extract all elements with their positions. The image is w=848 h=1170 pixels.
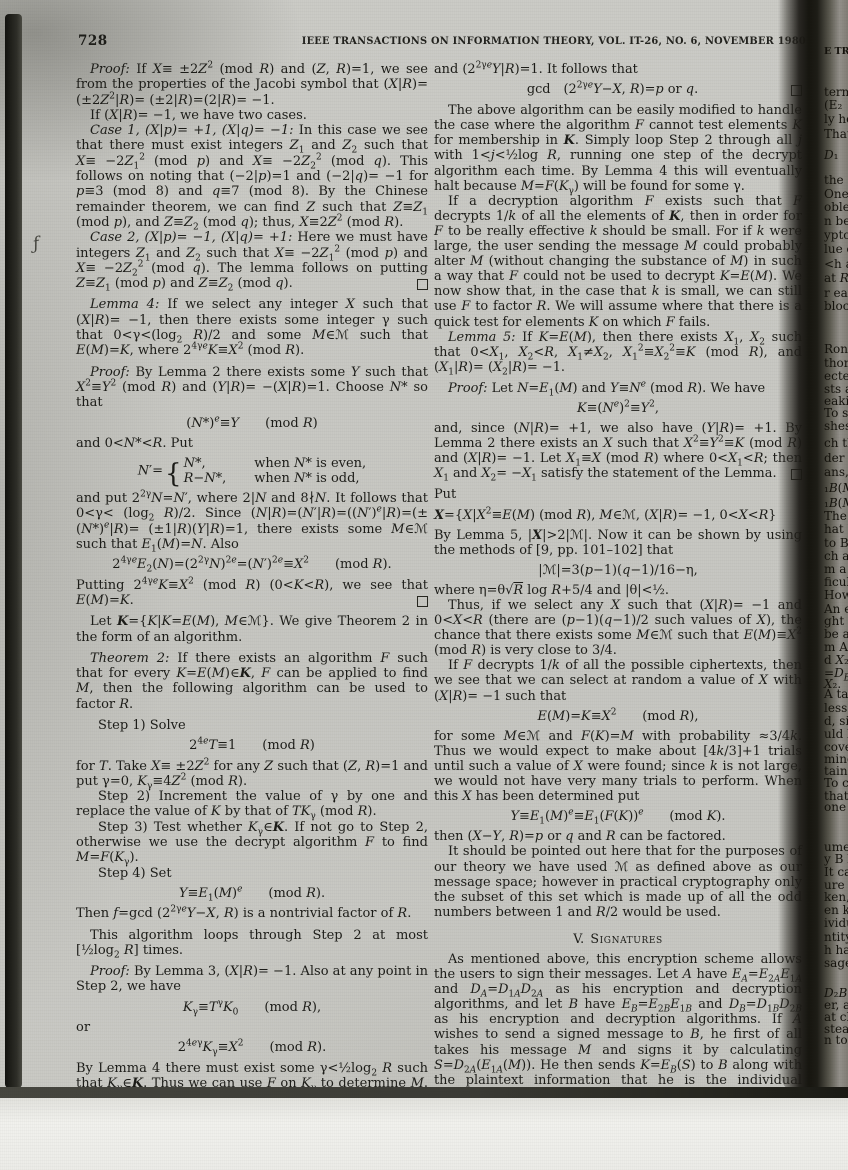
adjacent-page-text-fragment: One d [824, 188, 848, 200]
text-block: Y≡E1(M)e≡E1(F(K))e (mod K). [434, 809, 802, 824]
adjacent-page-text-fragment: yptosy [824, 229, 848, 241]
adjacent-page-text-fragment: ected [824, 370, 848, 382]
adjacent-page-text-fragment: To con [824, 777, 848, 789]
right-column: and (22γeY|R)=1. It follows thatgcd (22γ… [434, 62, 802, 1118]
text-block: and put 22γN=N′, where 2|N and 8∤N. It f… [76, 491, 428, 552]
text-block: It should be pointed out here that for t… [434, 844, 802, 919]
adjacent-page-text-fragment: n to bo [824, 1034, 848, 1046]
adjacent-page-text-fragment: The m [824, 510, 848, 522]
adjacent-page-text-fragment: d, sin [824, 715, 848, 727]
adjacent-page-text-fragment: That t [824, 128, 848, 140]
adjacent-page-text-fragment: ch that [824, 437, 848, 449]
adjacent-page-text-fragment: less he [824, 702, 848, 714]
adjacent-page-text-fragment: <h a [824, 258, 848, 270]
text-block: Step 3) Test whether Kγ∈K. If not go to … [76, 820, 428, 866]
adjacent-page-text-fragment: h have [824, 944, 848, 956]
text-block: gcd (22γeY−X, R)=p or q. [434, 82, 802, 97]
adjacent-page-text-fragment: oblem [824, 201, 848, 213]
adjacent-page-text-fragment: It can [824, 866, 848, 878]
page-number: 728 [78, 33, 108, 49]
text-block: If F decrypts 1/k of all the possible ci… [434, 658, 802, 703]
adjacent-page-text-fragment: block a [824, 300, 848, 312]
page-bottom-edge [0, 1087, 848, 1098]
adjacent-page-text-fragment: the c [824, 174, 848, 186]
adjacent-page-text-fragment: ficult f [824, 576, 848, 588]
adjacent-page-text-fragment: uld be [824, 728, 848, 740]
adjacent-page-text-fragment: ans, A [824, 466, 848, 478]
adjacent-page-text-fragment: termin [824, 86, 848, 98]
text-block: or [76, 1020, 428, 1035]
adjacent-page-text-fragment: ntity; h [824, 931, 848, 943]
text-block: Proof: If X≡ ±2Z2 (mod R) and (Z, R)=1, … [76, 62, 428, 108]
adjacent-page-text-fragment: der to [824, 452, 848, 464]
text-block: for T. Take X≡ ±2Z2 for any Z such that … [76, 759, 428, 790]
adjacent-page-text-fragment: to B, [824, 537, 848, 549]
adjacent-page-text-fragment: (E₂ [824, 99, 842, 111]
text-block: N′={N*,R−N*,when N* is even,when N* is o… [76, 456, 428, 486]
adjacent-page-text-fragment: Ron R [824, 343, 848, 355]
text-block: 24eT≡1 (mod R) [76, 738, 428, 753]
text-block: then (X−Y, R)=p or q and R can be factor… [434, 829, 802, 844]
text-block: The above algorithm can be easily modifi… [434, 103, 802, 194]
book-spine-shadow: E TRAtermin(E₂ly heThat tD₁the cOne dobl… [778, 0, 848, 1100]
adjacent-page-text-fragment: ividual [824, 917, 848, 929]
text-block: Then f=gcd (22γeY−X, R) is a nontrivial … [76, 906, 428, 921]
text-block: V. Signatures [434, 931, 802, 946]
text-block: Proof: Let N=E1(M) and Y≡Ne (mod R). We … [434, 381, 802, 396]
text-block: Case 1, (X|p)= +1, (X|q)= −1: In this ca… [76, 123, 428, 230]
text-block: 24γeE2(N)=(22γN)2e=(N′)2e≡X2 (mod R). [76, 557, 428, 572]
text-block: By Lemma 5, |X|>2|ℳ|. Now it can be show… [434, 528, 802, 558]
adjacent-page-text-fragment: ₁B(M) [824, 497, 848, 509]
text-block: Putting 24γeK≡X2 (mod R) (0<K<R), we see… [76, 578, 428, 609]
text-block: Lemma 4: If we select any integer X such… [76, 297, 428, 358]
adjacent-page-text-fragment: ₁B(M [824, 482, 848, 494]
adjacent-page-text-fragment: at R₂ [824, 272, 848, 284]
text-block: (N*)e≡Y (mod R) [76, 416, 428, 431]
scanned-page: 728 IEEE TRANSACTIONS ON INFORMATION THE… [0, 0, 848, 1098]
adjacent-page-text-fragment: be able [824, 628, 848, 640]
text-block: Put [434, 487, 802, 502]
text-block: and 0<N*<R. Put [76, 436, 428, 451]
adjacent-page-text-fragment: ch are [824, 550, 848, 562]
adjacent-page-text-fragment: thor tl [824, 357, 848, 369]
text-block: for some M∈ℳ and F(K)=M with probability… [434, 729, 802, 804]
text-block: Lemma 5: If K=E(M), then there exists X1… [434, 330, 802, 375]
text-block: 24eγKγ≡X2 (mod R). [76, 1040, 428, 1055]
text-block: Proof: By Lemma 2 there exists some Y su… [76, 365, 428, 411]
adjacent-page-text-fragment: E TRA [824, 46, 848, 58]
adjacent-page-text-fragment: m a c [824, 563, 848, 575]
adjacent-page-text-fragment: ken, th [824, 891, 848, 903]
text-block: |ℳ|=3(p−1)(q−1)/16−η, [434, 563, 802, 578]
adjacent-page-text-fragment: shes to [824, 420, 848, 432]
text-block: If a decryption algorithm F exists such … [434, 194, 802, 330]
text-block: Thus, if we select any X such that (X|R)… [434, 598, 802, 658]
adjacent-page-text-fragment: r each [824, 287, 848, 299]
adjacent-page-text-fragment: m A. H [824, 641, 848, 653]
adjacent-page-fragments: E TRAtermin(E₂ly heThat tD₁the cOne dobl… [824, 0, 848, 1100]
adjacent-page-text-fragment: D₁ [824, 149, 838, 161]
text-block: E(M)=K≡X2 (mod R), [434, 709, 802, 724]
text-block: Step 4) Set [76, 866, 428, 881]
handwritten-margin-mark: ƒ [31, 234, 41, 255]
adjacent-page-text-fragment: lue of [824, 243, 848, 255]
adjacent-page-text-fragment: Howev [824, 589, 848, 601]
text-block: Proof: By Lemma 3, (X|R)= −1. Also at an… [76, 964, 428, 995]
scanner-background [0, 1098, 848, 1170]
adjacent-page-text-fragment: To see [824, 407, 848, 419]
text-block: K≡(Ne)2≡Y2, [434, 401, 802, 416]
adjacent-page-text-fragment: ly he [824, 113, 848, 125]
text-block: Kγ≡TγK0 (mod R), [76, 1000, 428, 1015]
text-block: Step 2) Increment the value of γ by one … [76, 789, 428, 820]
text-block: X={X|X2≡E(M) (mod R), M∈ℳ, (X|R)= −1, 0<… [434, 508, 802, 523]
text-block: This algorithm loops through Step 2 at m… [76, 928, 428, 959]
adjacent-page-text-fragment: d X₂ = [824, 654, 848, 666]
text-block: and (22γeY|R)=1. It follows that [434, 62, 802, 77]
adjacent-page-text-fragment: en key [824, 904, 848, 916]
adjacent-page-text-fragment: y B kn [824, 853, 848, 865]
adjacent-page-text-fragment: one c [824, 801, 848, 813]
left-column: Proof: If X≡ ±2Z2 (mod R) and (Z, R)=1, … [76, 62, 428, 1132]
adjacent-page-text-fragment: A tappe [824, 688, 848, 700]
adjacent-page-text-fragment: ght war [824, 615, 848, 627]
adjacent-page-text-fragment: hat he [824, 523, 848, 535]
adjacent-page-text-fragment: n be [824, 215, 848, 227]
text-block: Case 2, (X|p)= −1, (X|q)= +1: Here we mu… [76, 230, 428, 291]
text-block: If (X|R)= −1, we have two cases. [76, 108, 428, 123]
text-block: Theorem 2: If there exists an algorithm … [76, 651, 428, 712]
text-block: Step 1) Solve [76, 718, 428, 733]
text-block: Let K={K|K=E(M), M∈ℳ}. We give Theorem 2… [76, 614, 428, 645]
text-block: and, since (N|R)= +1, we also have (Y|R)… [434, 421, 802, 481]
scan-left-edge-strip [5, 14, 22, 1088]
text-block: Y≡E1(M)e (mod R). [76, 886, 428, 901]
text-block: where η=θ√R log R+5/4 and |θ|<½. [434, 583, 802, 598]
journal-header: IEEE TRANSACTIONS ON INFORMATION THEORY,… [240, 36, 806, 47]
adjacent-page-text-fragment: sage M [824, 957, 848, 969]
